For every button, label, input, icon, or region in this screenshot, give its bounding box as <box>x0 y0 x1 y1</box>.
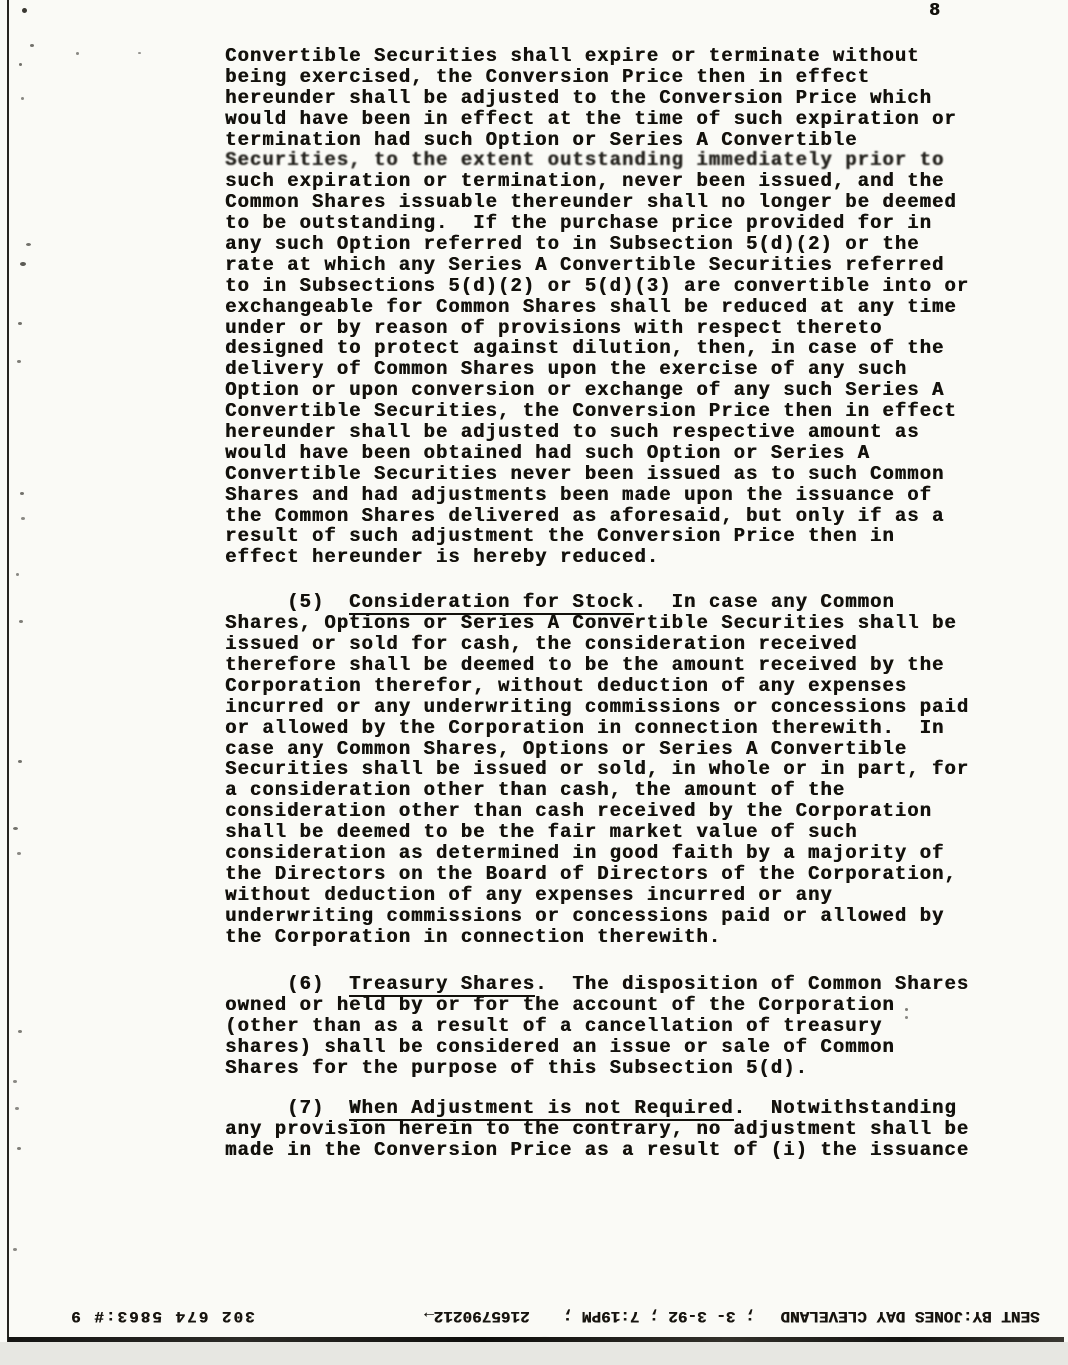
scan-speck <box>17 360 21 363</box>
text-line: without deduction of any expenses incurr… <box>225 885 1015 906</box>
scan-left-edge-line <box>7 0 9 1365</box>
text-line: the Corporation in connection therewith. <box>225 927 1015 948</box>
scan-speck <box>20 492 24 495</box>
text-line: therefore shall be deemed to be the amou… <box>225 655 1015 676</box>
scan-speck <box>19 63 22 66</box>
text-line: the Common Shares delivered as aforesaid… <box>225 506 1015 527</box>
text-line: Shares and had adjustments been made upo… <box>225 485 1015 506</box>
text-line: shall be deemed to be the fair market va… <box>225 822 1015 843</box>
scan-speck <box>20 262 26 266</box>
text-line: Common Shares issuable thereunder shall … <box>225 192 1015 213</box>
scan-speck <box>13 827 18 830</box>
scan-speck <box>13 1080 17 1083</box>
text-line: Convertible Securities, the Conversion P… <box>225 401 1015 422</box>
text-line: rate at which any Series A Convertible S… <box>225 255 1015 276</box>
text-line: or allowed by the Corporation in connect… <box>225 718 1015 739</box>
text-line: Convertible Securities shall expire or t… <box>225 46 1015 67</box>
text-line: hereunder shall be adjusted to such resp… <box>225 422 1015 443</box>
text-line: owned or held by or for the account of t… <box>225 995 1015 1016</box>
paragraph-first-line: (7) When Adjustment is not Required. Not… <box>225 1098 1015 1119</box>
scan-speck <box>21 97 24 100</box>
text-line: Convertible Securities never been issued… <box>225 464 1015 485</box>
scanned-page: 8 Convertible Securities shall expire or… <box>0 0 1068 1365</box>
scan-bottom-band <box>0 1342 1068 1365</box>
text-line: Shares, Options or Series A Convertible … <box>225 613 1015 634</box>
scan-speck <box>16 573 19 576</box>
text-line: a consideration other than cash, the amo… <box>225 780 1015 801</box>
paragraph: (6) Treasury Shares. The disposition of … <box>225 974 1015 1078</box>
scan-speck <box>18 322 22 325</box>
paragraph-first-line: (6) Treasury Shares. The disposition of … <box>225 974 1015 995</box>
text-line: consideration other than cash received b… <box>225 801 1015 822</box>
text-line: hereunder shall be adjusted to the Conve… <box>225 88 1015 109</box>
fax-footer-segment: ; 3- 3-92 ; 7:19PM ; <box>563 1307 755 1325</box>
text-line: such expiration or termination, never be… <box>225 171 1015 192</box>
scan-speck <box>15 1107 19 1110</box>
paragraph: (7) When Adjustment is not Required. Not… <box>225 1098 1015 1161</box>
text-line: delivery of Common Shares upon the exerc… <box>225 359 1015 380</box>
text-line: the Directors on the Board of Directors … <box>225 864 1015 885</box>
text-line: result of such adjustment the Conversion… <box>225 526 1015 547</box>
scan-speck <box>138 52 141 54</box>
text-line: underwriting commissions or concessions … <box>225 906 1015 927</box>
scan-speck <box>22 8 27 13</box>
scan-speck <box>21 517 25 520</box>
paragraph: (5) Consideration for Stock. In case any… <box>225 592 1015 947</box>
text-line: Option or upon conversion or exchange of… <box>225 380 1015 401</box>
text-line: any provision herein to the contrary, no… <box>225 1119 1015 1140</box>
text-line: shares) shall be considered an issue or … <box>225 1037 1015 1058</box>
scan-speck <box>30 44 34 47</box>
text-line: Shares for the purpose of this Subsectio… <box>225 1058 1015 1079</box>
scan-speck <box>17 1147 21 1150</box>
paragraph: Convertible Securities shall expire or t… <box>225 46 1015 568</box>
scan-speck <box>18 760 22 763</box>
text-line: would have been obtained had such Option… <box>225 443 1015 464</box>
text-line: to in Subsections 5(d)(2) or 5(d)(3) are… <box>225 276 1015 297</box>
text-line: issued or sold for cash, the considerati… <box>225 634 1015 655</box>
text-line: Securities shall be issued or sold, in w… <box>225 759 1015 780</box>
document-body: Convertible Securities shall expire or t… <box>225 46 1015 1161</box>
scan-speck <box>19 620 23 623</box>
text-line: (other than as a result of a cancellatio… <box>225 1016 1015 1037</box>
text-line: would have been in effect at the time of… <box>225 109 1015 130</box>
scan-speck <box>18 1030 22 1033</box>
scan-speck <box>13 1248 17 1251</box>
fax-footer-segment: 2165790212→ <box>424 1307 530 1325</box>
scan-speck <box>76 52 79 55</box>
fax-footer: SENT BY:JONES DAY CLEVELAND; 3- 3-92 ; 7… <box>0 1300 1068 1328</box>
text-line: made in the Conversion Price as a result… <box>225 1140 1015 1161</box>
fax-footer-segment: SENT BY:JONES DAY CLEVELAND <box>781 1307 1040 1325</box>
text-line: Securities, to the extent outstanding im… <box>225 150 1015 171</box>
paragraph-first-line: (5) Consideration for Stock. In case any… <box>225 592 1015 613</box>
text-line: termination had such Option or Series A … <box>225 130 1015 151</box>
text-line: any such Option referred to in Subsectio… <box>225 234 1015 255</box>
text-line: to be outstanding. If the purchase price… <box>225 213 1015 234</box>
text-line: incurred or any underwriting commissions… <box>225 697 1015 718</box>
page-number: 8 <box>929 1 940 21</box>
text-line: Corporation therefor, without deduction … <box>225 676 1015 697</box>
text-line: consideration as determined in good fait… <box>225 843 1015 864</box>
scan-speck <box>17 852 21 855</box>
text-line: designed to protect against dilution, th… <box>225 338 1015 359</box>
text-line: case any Common Shares, Options or Serie… <box>225 739 1015 760</box>
text-line: under or by reason of provisions with re… <box>225 318 1015 339</box>
text-line: effect hereunder is hereby reduced. <box>225 547 1015 568</box>
fax-footer-segment: 302 674 5863:# 9 <box>69 1307 255 1325</box>
text-line: exchangeable for Common Shares shall be … <box>225 297 1015 318</box>
scan-speck <box>26 243 31 246</box>
text-line: being exercised, the Conversion Price th… <box>225 67 1015 88</box>
